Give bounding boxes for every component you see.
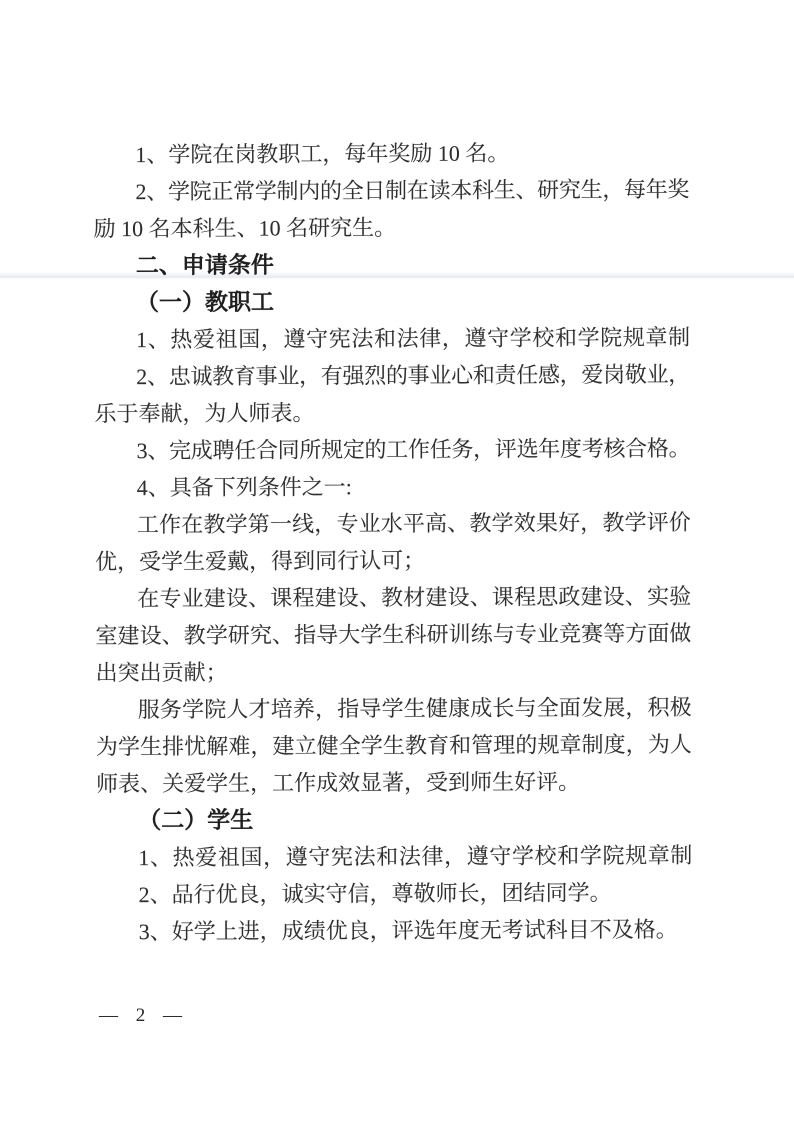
- section-heading: （一）教职工: [94, 282, 689, 322]
- text-line: 出突出贡献；: [95, 652, 690, 692]
- section-heading: 二、申请条件: [94, 245, 689, 285]
- text-line: 2、品行优良，诚实守信，尊敬师长，团结同学。: [96, 874, 691, 914]
- text-line: 1、热爱祖国，遵守宪法和法律，遵守学校和学院规章制度。: [96, 837, 691, 877]
- text-block: 1、学院在岗教职工，每年奖励 10 名。2、学院正常学制内的全日制在读本科生、研…: [93, 134, 692, 951]
- text-line: 工作在教学第一线，专业水平高、教学效果好，教学评价: [95, 504, 690, 544]
- text-line: 为学生排忧解难，建立健全学生教育和管理的规章制度，为人: [96, 726, 691, 766]
- section-heading: （二）学生: [96, 800, 691, 840]
- text-line: 在专业建设、课程建设、教材建设、课程思政建设、实验: [95, 578, 690, 618]
- text-line: 室建设、教学研究、指导大学生科研训练与专业竞赛等方面做: [95, 615, 690, 655]
- page-number: — 2 —: [99, 1001, 183, 1031]
- text-line: 优，受学生爱戴，得到同行认可；: [95, 541, 690, 581]
- text-line: 2、忠诚教育事业，有强烈的事业心和责任感，爱岗敬业，: [94, 356, 689, 396]
- text-line: 2、学院正常学制内的全日制在读本科生、研究生，每年奖: [93, 171, 688, 211]
- text-line: 乐于奉献，为人师表。: [94, 393, 689, 433]
- text-line: 励 10 名本科生、10 名研究生。: [94, 208, 689, 248]
- text-line: 4、具备下列条件之一:: [95, 467, 690, 507]
- text-line: 3、好学上进，成绩优良，评选年度无考试科目不及格。: [97, 911, 692, 951]
- text-line: 1、学院在岗教职工，每年奖励 10 名。: [93, 134, 688, 174]
- text-line: 服务学院人才培养，指导学生健康成长与全面发展，积极: [96, 689, 691, 729]
- text-line: 师表、关爱学生，工作成效显著，受到师生好评。: [96, 763, 691, 803]
- text-line: 1、热爱祖国，遵守宪法和法律，遵守学校和学院规章制度。: [94, 319, 689, 359]
- text-line: 3、完成聘任合同所规定的工作任务，评选年度考核合格。: [95, 430, 690, 470]
- document-page: 1、学院在岗教职工，每年奖励 10 名。2、学院正常学制内的全日制在读本科生、研…: [0, 0, 794, 1123]
